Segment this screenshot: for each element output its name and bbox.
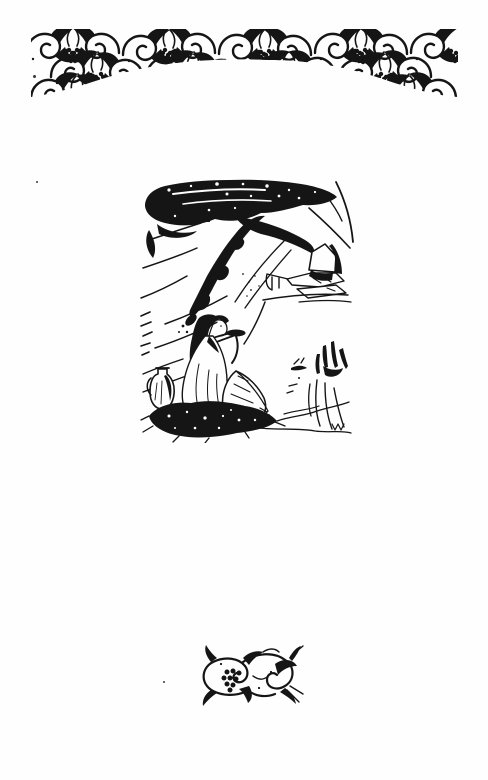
grapevine-headpiece-icon (31, 29, 458, 99)
clay-jug (147, 368, 174, 409)
tailpiece-ornament (191, 644, 308, 708)
book-illustration (139, 178, 355, 443)
grapevine-tailpiece-icon (191, 644, 308, 708)
stone-cairn (263, 244, 351, 302)
grape-cluster (222, 669, 242, 693)
headpiece-ornament (31, 29, 458, 99)
vine-pattern (31, 29, 458, 99)
scan-speck (36, 181, 38, 183)
woodcut-scene-icon (139, 178, 355, 443)
scan-speck (33, 75, 36, 78)
scan-speck (163, 681, 165, 683)
ground-shading (141, 401, 351, 443)
book-page (0, 0, 488, 780)
